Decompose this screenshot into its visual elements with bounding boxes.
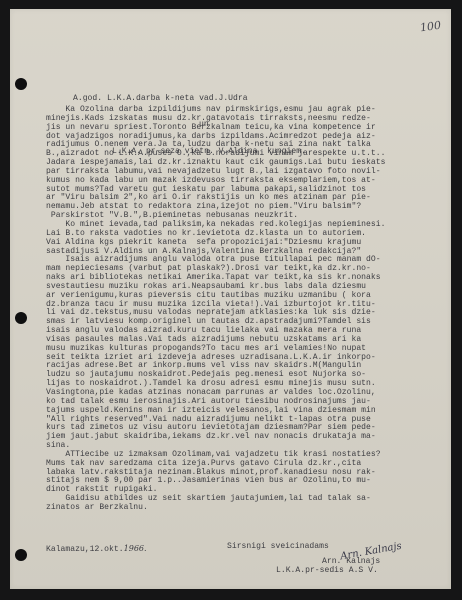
address-line: A.god. L.K.A.darba k-neta vad.J.Udra [73, 95, 306, 104]
punch-hole [15, 312, 27, 324]
signer-title: L.K.A.pr-sedis A.S V. [276, 567, 378, 576]
folio-number: 100 [419, 19, 442, 35]
letter-page: 100 A.god. L.K.A.darba k-neta vad.J.Udra… [10, 9, 451, 589]
place-date-typed: Kalamazu,12.okt. [46, 545, 124, 554]
handwritten-year: 1966. [124, 544, 147, 553]
punch-hole [15, 78, 27, 90]
body-line: jiem jaut.jabut skaidriba,iekams dz.kr.v… [46, 433, 385, 442]
place-and-date: Kalamazu,12.okt.1966. [46, 545, 147, 555]
body-line: zinatos ar Berzkalnu. [46, 504, 385, 513]
punch-hole [15, 549, 27, 561]
letter-body: Ka Ozolina darba izpildijums nav pirmski… [46, 106, 385, 513]
closing-salutation: Sirsnigi sveicinadams [227, 543, 329, 552]
